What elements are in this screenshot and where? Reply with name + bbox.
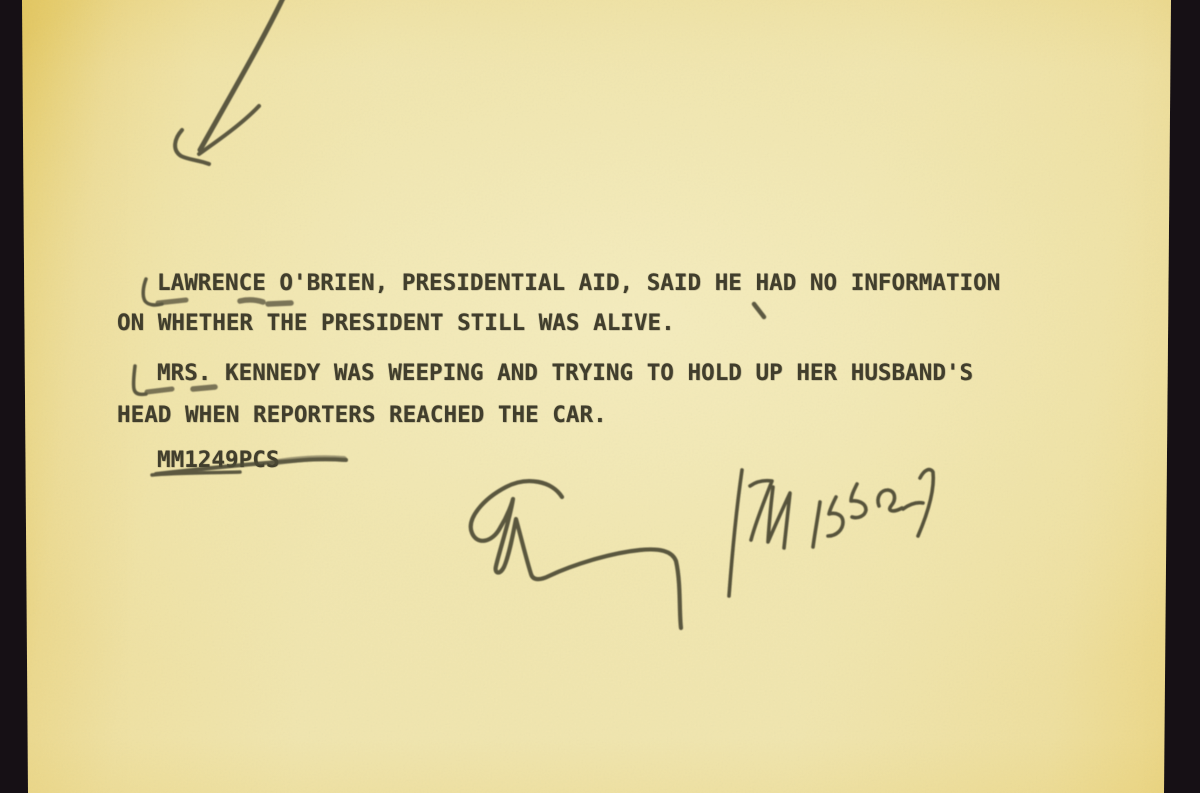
typed-line-3: MRS. KENNEDY WAS WEEPING AND TRYING TO H… bbox=[157, 360, 973, 386]
typed-line-5: MM1249PCS bbox=[157, 447, 279, 473]
typed-line-4: HEAD WHEN REPORTERS REACHED THE CAR. bbox=[117, 402, 607, 428]
typed-line-2: ON WHETHER THE PRESIDENT STILL WAS ALIVE… bbox=[117, 310, 675, 336]
typed-line-1: LAWRENCE O'BRIEN, PRESIDENTIAL AID, SAID… bbox=[157, 270, 1000, 296]
paper-sheet bbox=[0, 0, 1200, 793]
